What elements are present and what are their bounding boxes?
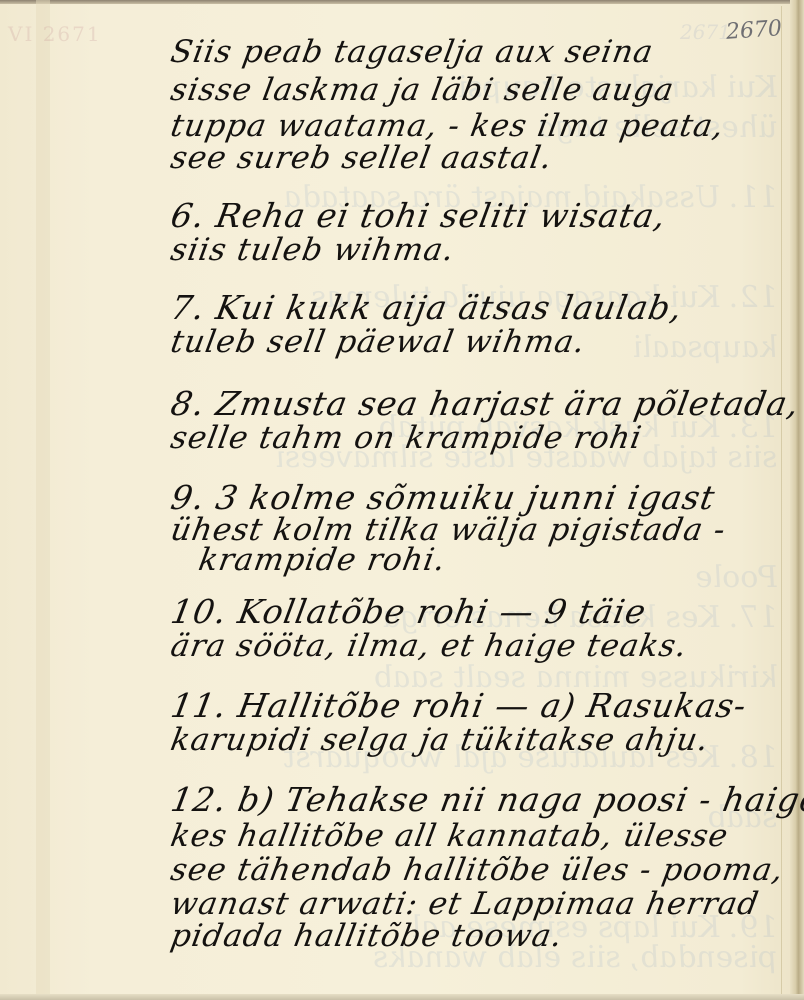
manuscript-item-12: 12. b) Tehakse nii naga poosi - haige, [168, 780, 804, 819]
manuscript-line: ära sööta, ilma, et haige teaks. [168, 628, 690, 664]
manuscript-line: siis tuleb wihma. [168, 232, 457, 268]
manuscript-line: Siis peab tagaselja aux seina [168, 34, 656, 70]
manuscript-line: sisse laskma ja läbi selle auga [168, 72, 677, 108]
manuscript-line: pidada hallitõbe toowa. [168, 918, 566, 954]
bleed-through-line: Poole [693, 560, 780, 595]
manuscript-line: tuppa waatama, - kes ilma peata, [168, 108, 727, 144]
manuscript-page: VI 2671 2671 2670 Kui karjalaste kaupsi … [0, 0, 804, 1000]
manuscript-item-7: 7. Kui kukk aija ätsas laulab, [168, 288, 686, 327]
bleed-through-line: kaupsaali [630, 330, 780, 365]
page-right-edge [790, 0, 804, 1000]
manuscript-line: krampide rohi. [196, 542, 449, 578]
page-number: 2670 [725, 16, 783, 45]
manuscript-line: selle tahm on krampide rohi [168, 420, 645, 456]
manuscript-item-6: 6. Reha ei tohi seliti wisata, [168, 196, 669, 235]
manuscript-line: kes hallitõbe all kannatab, ülesse [168, 818, 731, 854]
manuscript-line: karupidi selga ja tükitakse ahju. [168, 722, 712, 758]
bleed-through-page-number: 2671 [680, 20, 731, 44]
page-bottom-edge [0, 994, 804, 1000]
manuscript-item-8: 8. Zmusta sea harjast ära põletada, [168, 384, 803, 423]
manuscript-line: tuleb sell päewal wihma. [168, 324, 588, 360]
manuscript-line: see sureb sellel aastal. [168, 140, 555, 176]
page-top-edge [0, 0, 804, 4]
faded-archive-stamp: VI 2671 [8, 22, 102, 46]
binding-gutter [36, 0, 50, 1000]
manuscript-item-10: 10. Kollatõbe rohi — 9 täie [168, 592, 649, 631]
manuscript-line: wanast arwati: et Lappimaa herrad [168, 886, 762, 922]
page-fold-line [781, 6, 782, 996]
manuscript-item-11: 11. Hallitõbe rohi — a) Rasukas- [168, 686, 750, 725]
manuscript-line: see tähendab hallitõbe üles - pooma, [168, 852, 787, 888]
